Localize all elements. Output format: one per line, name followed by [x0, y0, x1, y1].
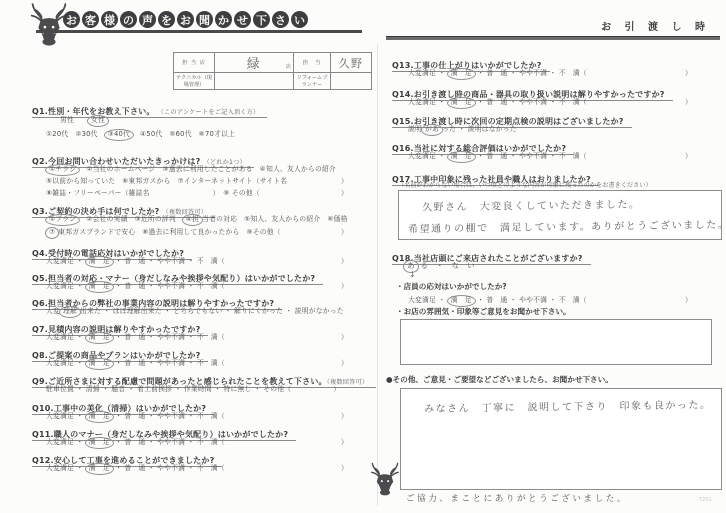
title-badge: お — [177, 11, 194, 28]
circled-answer: 満 足 — [447, 68, 476, 80]
title-badge: さ — [272, 11, 289, 28]
staff-store-value-handwritten: 緑 — [247, 57, 262, 72]
staff-store-cell: 緑 店 — [215, 53, 294, 73]
title-badge: 客 — [82, 11, 99, 28]
title-badge: を — [158, 11, 175, 28]
title-badge: か — [215, 11, 232, 28]
q12-answer-row: 大変満足 ・ 満 足 ・ 普 通 ・ やや不満 ・ 不 満（） — [46, 462, 348, 472]
page-fold-divider — [377, 44, 378, 506]
staff-person-value-handwritten: 久野 — [339, 57, 364, 70]
circled-answer: 女性 — [87, 115, 109, 127]
circled-answer: 満 足 — [85, 463, 114, 475]
q5-answer-row: 大変満足 ・ 満 足 ・ 普 通 ・ やや不満 ・ 不 満（） — [46, 280, 348, 290]
staff-store-suffix: 店 — [286, 63, 291, 70]
staff-planner-cell — [331, 73, 372, 90]
paren-close: ） — [341, 462, 348, 472]
section-label-handover: お 引 渡 し 時 — [601, 18, 710, 33]
title-badge: 様 — [101, 11, 118, 28]
q18-sub1-answer-row: 大変満足 ・ 満 足 ・ 普 通 ・ やや不満 ・ 不 満（） — [408, 294, 692, 304]
q8-answer-row: 大変満足 ・ 満 足 ・ 普 通 ・ やや不満 ・ 不 満（） — [46, 357, 348, 367]
paren-close: ） — [685, 150, 692, 160]
q2-options-row3: ⑧雑誌・フリーペーパー（雑誌名 ） ⑨ その他（） — [46, 187, 348, 197]
doc-code: T201 — [699, 497, 712, 503]
q9-answer-row: 駐車位置 ・ 清掃 ・ 騒音 ・ 着工前挨拶 ・ 作業時間 ・ 特に無し ・ そ… — [46, 383, 340, 393]
q11-answer-row: 大変満足 ・ 満 足 ・ 普 通 ・ やや不満 ・ 不 満（） — [46, 436, 348, 446]
title-badge: の — [120, 11, 137, 28]
paren-close: ） — [685, 96, 692, 106]
paren-close: ） — [341, 357, 348, 367]
title-badge: 聞 — [196, 11, 213, 28]
paren-close: ） — [341, 410, 348, 420]
staff-person-label: 担 当 — [294, 53, 331, 73]
other-comments-label: ●その他、ご意見・ご要望などございましたら、お聞かせ下さい。 — [386, 374, 613, 385]
q16-answer-row: 大変満足 ・ 満 足 ・ 普 通 ・ やや不満 ・ 不 満（） — [408, 150, 692, 160]
title-badge: せ — [234, 11, 251, 28]
deer-logo-icon — [366, 452, 404, 504]
q2-options-row1: ①チラシ ②当社のホームページ ③過去に利用したことがある ④知人、友人からの紹… — [46, 163, 336, 173]
question-note: （このアンケートをご記入頂く方） — [158, 109, 260, 116]
page-title: お 客 様 の 声 を お 聞 か せ 下 さ い — [63, 11, 308, 28]
thank-you-message: ご協力、まことにありがとうございました。 — [406, 492, 628, 504]
q10-answer-row: 大変満足 ・ 満 足 ・ 普 通 ・ やや不満 ・ 不 満（） — [46, 410, 348, 420]
scanned-survey-sheet: お 客 様 の 声 を お 聞 か せ 下 さ い 担 当 店 緑 店 担 当 … — [0, 0, 726, 513]
paren-close: ） — [341, 226, 348, 236]
staff-planner-label: リフォームプランナー — [294, 73, 331, 90]
circled-answer: 満 足 — [447, 97, 476, 109]
circled-answer: ④担 — [182, 214, 203, 226]
q4-answer-row: 大変満足 ・ 満 足 ・ 普 通 ・ やや不満 ・ 不 満（） — [46, 255, 348, 265]
q2-options-row2: ⑤以前から知っていた ⑥東邦ガスから ⑦インターネットサイト（サイト名） — [46, 175, 348, 185]
q7-answer-row: 大変満足 ・ 満 足 ・ 普 通 ・ やや不満 ・ 不 満（） — [46, 331, 348, 341]
shop-impression-box — [400, 319, 712, 365]
staff-table: 担 当 店 緑 店 担 当 久野 テクニカル（現場管理） リフォームプランナー — [173, 52, 372, 90]
circled-answer: ①プラン — [45, 214, 80, 226]
circled-answer: 満 足 — [447, 151, 476, 163]
q15-answer-row: 説明があった ・ 説明はなかった — [408, 123, 517, 133]
circled-answer: があ — [421, 124, 443, 136]
title-badge: 下 — [253, 11, 270, 28]
handover-rule — [386, 36, 720, 40]
q6-answer-row: 大変理解出来た ・ ほぼ理解出来た ・ どちらでもない ・ 解りにくかった ・ … — [46, 305, 344, 315]
staff-person-cell: 久野 — [331, 53, 372, 73]
paren-close: ） — [685, 294, 692, 304]
staff-store-label: 担 当 店 — [174, 53, 215, 73]
paren-close: ） — [341, 187, 348, 197]
staff-technical-label: テクニカル（現場管理） — [174, 73, 215, 90]
title-badge: い — [291, 11, 308, 28]
circled-answer: ③40代 — [104, 129, 134, 141]
header-rule — [36, 30, 362, 33]
paren-close: ） — [341, 255, 348, 265]
title-badge: 声 — [139, 11, 156, 28]
paren-close: ） — [341, 280, 348, 290]
q13-answer-row: 大変満足 ・ 満 足 ・ 普 通 ・ やや不満 ・ 不 満（） — [408, 67, 692, 77]
q17-handwritten-line1: 久野さん 大変良くしていただきました。 — [422, 195, 641, 213]
q18-sub2-title: ・お店の雰囲気・印象等ご意見をお聞かせ下さい。 — [396, 306, 571, 317]
q1-gender-row: 男性 女性 — [60, 114, 108, 124]
staff-technical-cell — [215, 73, 294, 90]
q3-options-row1: ①プラン ②会社の実績 ③近所の評判 ④担当者の対応 ⑤知人、友人からの紹介 ⑥… — [46, 213, 348, 223]
paren-close: ） — [341, 436, 348, 446]
title-badge: お — [63, 11, 80, 28]
q14-answer-row: 大変満足 ・ 満 足 ・ 普 通 ・ やや不満 ・ 不 満（） — [408, 96, 692, 106]
down-arrow-icon: ↓ — [409, 270, 416, 279]
paren-close: ） — [341, 331, 348, 341]
q18-sub1-title: ・店員の応対はいかがでしたか? — [396, 281, 507, 292]
paren-close: ） — [685, 67, 692, 77]
q17-note: （名前がわからない場合は、いつ頃どのような内容が印象に残ったのかをお書きください… — [398, 180, 652, 189]
q3-options-row2: ⑦東邦ガスブランドで安心 ⑧過去に利用して良かったから ⑨その他（） — [46, 226, 348, 236]
paren-close: ） — [341, 175, 348, 185]
q1-age-row: ①20代 ②30代 ③40代 ④50代 ⑤60代 ⑥70才以上 — [46, 128, 235, 138]
